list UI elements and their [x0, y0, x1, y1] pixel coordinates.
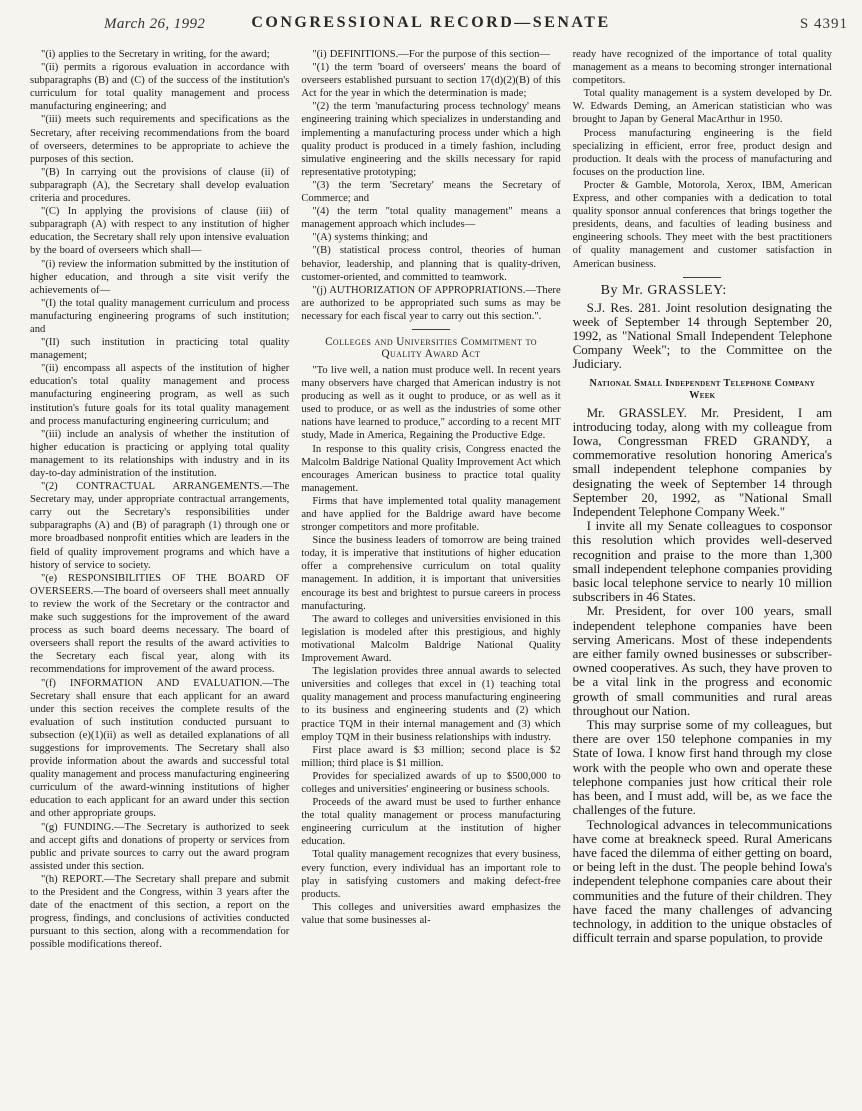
page-number: S 4391 [800, 16, 848, 33]
paragraph: This colleges and universities award emp… [301, 901, 560, 927]
paragraph: "(2) CONTRACTUAL ARRANGEMENTS.—The Secre… [30, 480, 289, 572]
paragraph: "(i) review the information submitted by… [30, 258, 289, 297]
paragraph: The legislation provides three annual aw… [301, 665, 560, 744]
page-masthead: March 26, 1992 CONGRESSIONAL RECORD—SENA… [0, 12, 862, 42]
paragraph: Process manufacturing engineering is the… [573, 127, 832, 179]
paragraph: "(II) such institution in practicing tot… [30, 336, 289, 362]
paragraph: This may surprise some of my colleagues,… [573, 718, 832, 817]
paragraph: "(i) applies to the Secretary in writing… [30, 48, 289, 61]
paragraph: "(h) REPORT.—The Secretary shall prepare… [30, 873, 289, 952]
paragraph: The award to colleges and universities e… [301, 613, 560, 665]
paragraph: "To live well, a nation must produce wel… [301, 364, 560, 443]
paragraph: Proceeds of the award must be used to fu… [301, 796, 560, 848]
paragraph: "(B) statistical process control, theori… [301, 244, 560, 283]
paragraph: "(i) DEFINITIONS.—For the purpose of thi… [301, 48, 560, 61]
paragraph: In response to this quality crisis, Cong… [301, 443, 560, 495]
paragraph: Since the business leaders of tomorrow a… [301, 534, 560, 613]
paragraph: "(j) AUTHORIZATION OF APPROPRIATIONS.—Th… [301, 284, 560, 323]
paragraph: Provides for specialized awards of up to… [301, 770, 560, 796]
section-divider [683, 277, 721, 278]
paragraph: "(4) the term "total quality management"… [301, 205, 560, 231]
section-heading: Colleges and Universities Commitment to … [307, 336, 554, 361]
paragraph: "(ii) encompass all aspects of the insti… [30, 362, 289, 427]
column-left: "(i) applies to the Secretary in writing… [30, 48, 289, 951]
paragraph: "(1) the term 'board of overseers' means… [301, 61, 560, 100]
paragraph: "(g) FUNDING.—The Secretary is authorize… [30, 821, 289, 873]
paragraph: Mr. President, for over 100 years, small… [573, 604, 832, 718]
congressional-record-page: March 26, 1992 CONGRESSIONAL RECORD—SENA… [0, 0, 862, 1111]
paragraph: I invite all my Senate colleagues to cos… [573, 519, 832, 604]
paragraph: "(I) the total quality management curric… [30, 297, 289, 336]
publication-title: CONGRESSIONAL RECORD—SENATE [0, 14, 862, 32]
paragraph: ready have recognized of the importance … [573, 48, 832, 87]
text-columns: "(i) applies to the Secretary in writing… [0, 42, 862, 951]
paragraph: Total quality management is a system dev… [573, 87, 832, 126]
paragraph: "(2) the term 'manufacturing process tec… [301, 100, 560, 179]
column-right: ready have recognized of the importance … [573, 48, 832, 951]
paragraph: S.J. Res. 281. Joint resolution designat… [573, 301, 832, 372]
paragraph: "(iii) include an analysis of whether th… [30, 428, 289, 480]
paragraph: "(3) the term 'Secretary' means the Secr… [301, 179, 560, 205]
paragraph: "(ii) permits a rigorous evaluation in a… [30, 61, 289, 113]
column-middle: "(i) DEFINITIONS.—For the purpose of thi… [301, 48, 560, 951]
paragraph: "(iii) meets such requirements and speci… [30, 113, 289, 165]
section-divider [412, 329, 450, 330]
paragraph: Procter & Gamble, Motorola, Xerox, IBM, … [573, 179, 832, 271]
sponsor-byline: By Mr. GRASSLEY: [573, 283, 832, 299]
paragraph: "(C) In applying the provisions of claus… [30, 205, 289, 257]
paragraph: "(A) systems thinking; and [301, 231, 560, 244]
paragraph: First place award is $3 million; second … [301, 744, 560, 770]
section-heading: National Small Independent Telephone Com… [577, 378, 828, 402]
paragraph: Technological advances in telecommunicat… [573, 818, 832, 946]
paragraph: Firms that have implemented total qualit… [301, 495, 560, 534]
paragraph: "(B) In carrying out the provisions of c… [30, 166, 289, 205]
paragraph: "(e) RESPONSIBILITIES OF THE BOARD OF OV… [30, 572, 289, 677]
paragraph: Total quality management recognizes that… [301, 848, 560, 900]
paragraph: "(f) INFORMATION AND EVALUATION.—The Sec… [30, 677, 289, 821]
paragraph: Mr. GRASSLEY. Mr. President, I am introd… [573, 406, 832, 520]
